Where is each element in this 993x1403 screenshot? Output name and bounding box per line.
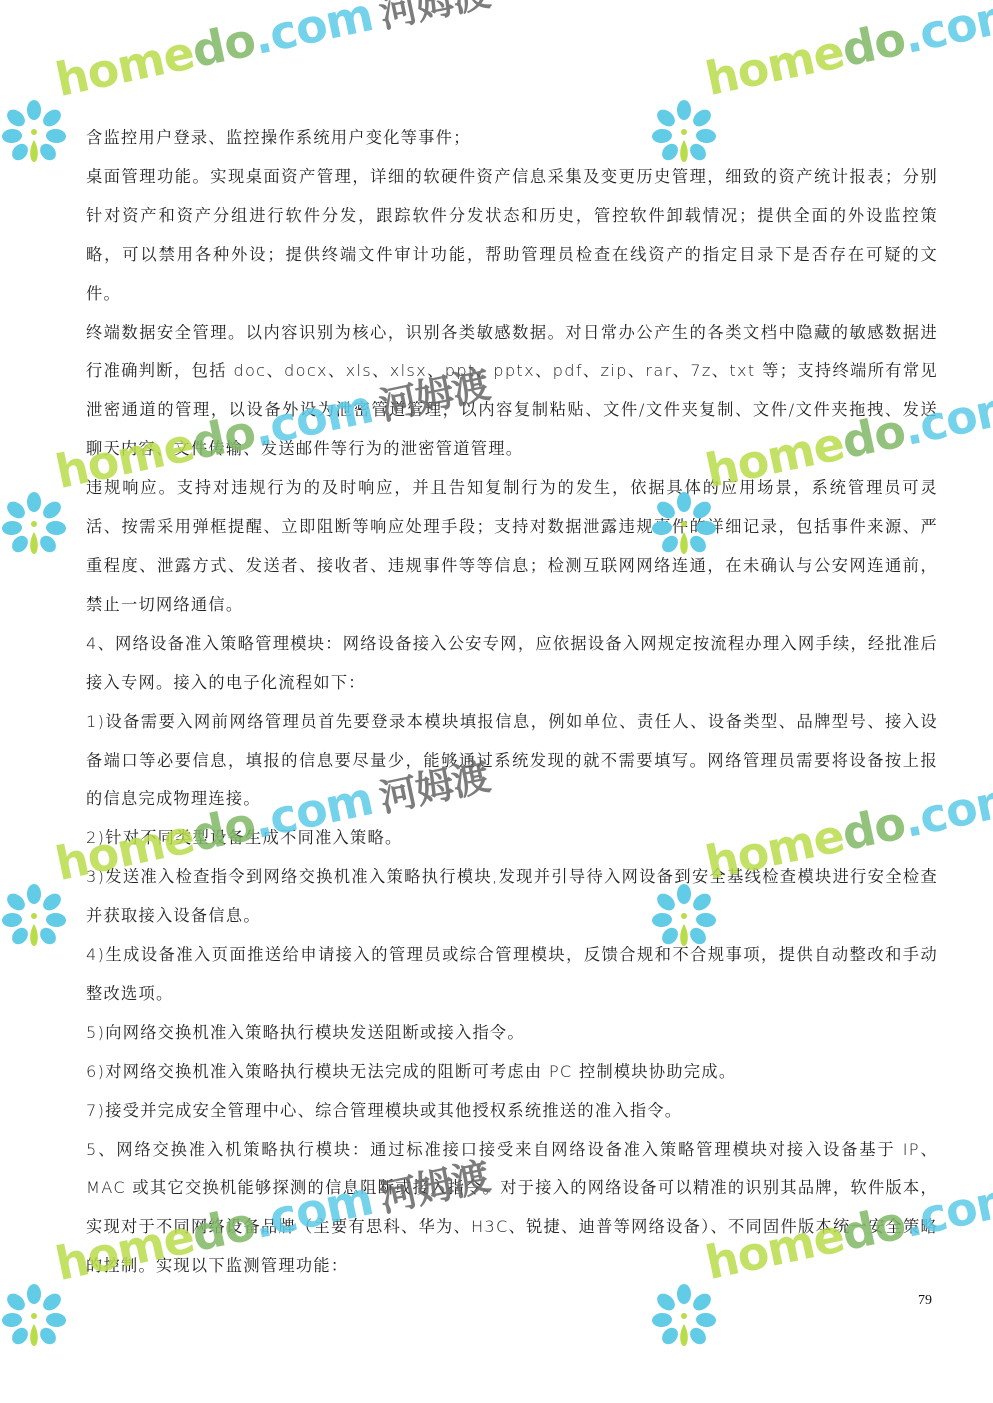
- paragraph: 4、网络设备准入策略管理模块：网络设备接入公安专网，应依据设备入网规定按流程办理…: [86, 625, 938, 703]
- paragraph: 5)向网络交换机准入策略执行模块发送阻断或接入指令。: [86, 1014, 938, 1053]
- flower-logo-icon: [2, 884, 66, 948]
- watermark-brand: homedo.com河姆渡: [51, 0, 494, 107]
- flower-logo-icon: [2, 492, 66, 556]
- paragraph: 桌面管理功能。实现桌面资产管理，详细的软硬件资产信息采集及变更历史管理，细致的资…: [86, 158, 938, 314]
- paragraph: 2)针对不同类型设备生成不同准入策略。: [86, 819, 938, 858]
- paragraph: 5、网络交换准入机策略执行模块：通过标准接口接受来自网络设备准入策略管理模块对接…: [86, 1131, 938, 1287]
- document-body: 含监控用户登录、监控操作系统用户变化等事件； 桌面管理功能。实现桌面资产管理，详…: [86, 119, 938, 1286]
- paragraph: 3)发送准入检查指令到网络交换机准入策略执行模块,发现并引导待入网设备到安全基线…: [86, 858, 938, 936]
- watermark-brand: homedo.com: [701, 0, 993, 106]
- paragraph: 终端数据安全管理。以内容识别为核心，识别各类敏感数据。对日常办公产生的各类文档中…: [86, 314, 938, 470]
- paragraph: 违规响应。支持对违规行为的及时响应，并且告知复制行为的发生，依据具体的应用场景，…: [86, 469, 938, 625]
- page-number: 79: [918, 1293, 932, 1309]
- paragraph: 7)接受并完成安全管理中心、综合管理模块或其他授权系统推送的准入指令。: [86, 1092, 938, 1131]
- document-page: homedo.com河姆渡 homedo.com homedo.com河姆渡 h…: [0, 0, 993, 1403]
- paragraph: 1)设备需要入网前网络管理员首先要登录本模块填报信息，例如单位、责任人、设备类型…: [86, 703, 938, 820]
- paragraph: 4)生成设备准入页面推送给申请接入的管理员或综合管理模块，反馈合规和不合规事项，…: [86, 936, 938, 1014]
- flower-logo-icon: [2, 100, 66, 164]
- flower-logo-icon: [2, 1284, 66, 1348]
- paragraph: 6)对网络交换机准入策略执行模块无法完成的阻断可考虑由 PC 控制模块协助完成。: [86, 1053, 938, 1092]
- flower-logo-icon: [652, 1284, 716, 1348]
- paragraph: 含监控用户登录、监控操作系统用户变化等事件；: [86, 119, 938, 158]
